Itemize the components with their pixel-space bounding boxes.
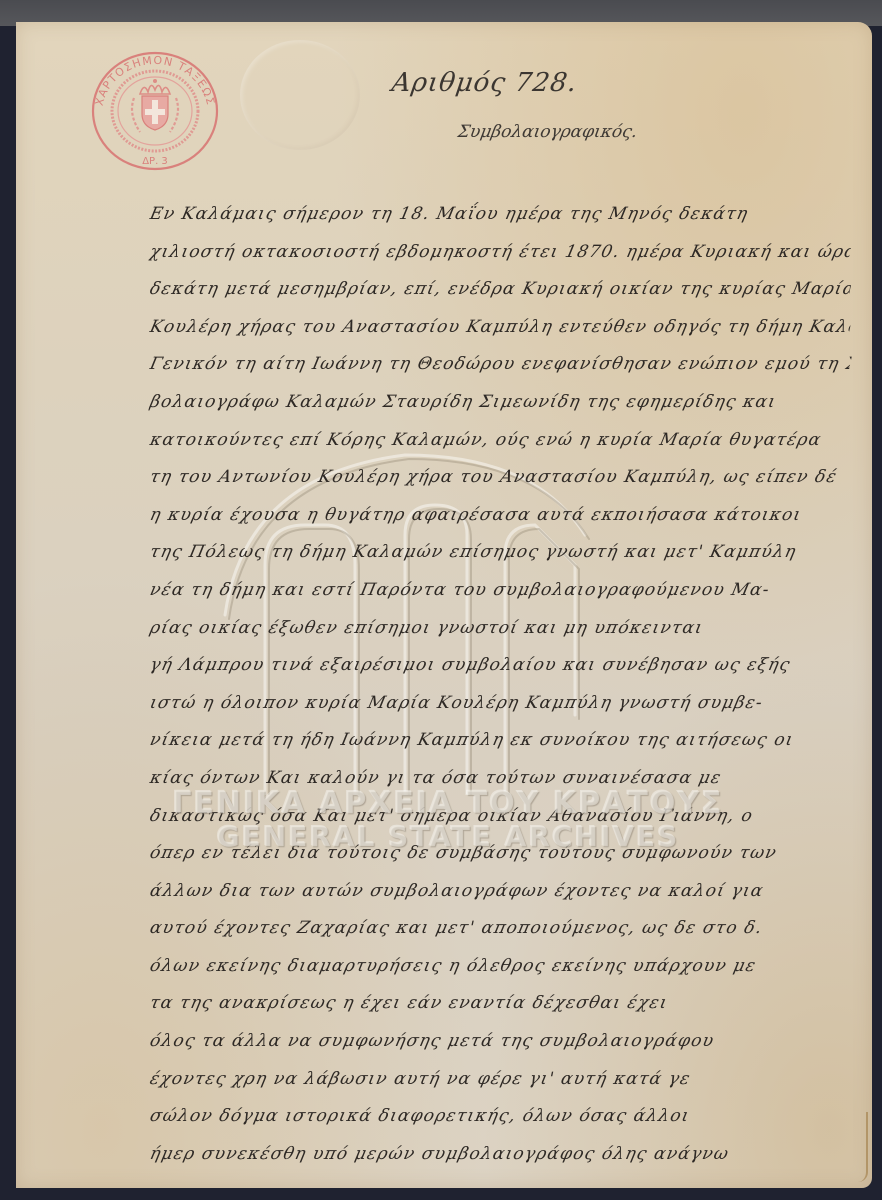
manuscript-line: έχοντες χρη να λάβωσιν αυτή να φέρε γι' …: [146, 1061, 854, 1099]
revenue-stamp-seal: ΧΑΡΤΟΣΗΜΟΝ ΤΑΞΕΩΣ ΔΡ. 3: [88, 48, 222, 172]
manuscript-line: δικαστικώς όσα Και μετ' σήμερα οικίαν Αθ…: [146, 798, 854, 836]
document-number: Αριθμός 728.: [390, 68, 579, 98]
manuscript-line: βολαιογράφω Καλαμών Σταυρίδη Σιμεωνίδη τ…: [146, 384, 854, 422]
manuscript-line: ιστώ η όλοιπον κυρία Μαρία Κουλέρη Καμπύ…: [146, 685, 854, 723]
manuscript-line: νέα τη δήμη και εστί Παρόντα του συμβολα…: [146, 572, 854, 610]
manuscript-line: γή Λάμπρου τινά εξαιρέσιμοι συμβολαίου κ…: [146, 647, 854, 685]
manuscript-line: χιλιοστή οκτακοσιοστή εβδομηκοστή έτει 1…: [146, 234, 854, 272]
blind-emboss-seal: [240, 40, 360, 150]
manuscript-line: όπερ εν τέλει δια τούτοις δε συμβάσης το…: [146, 835, 854, 873]
manuscript-line: η κυρία έχουσα η θυγάτηρ αφαιρέσασα αυτά…: [146, 497, 854, 535]
manuscript-line: άλλων δια των αυτών συμβολαιογράφων έχον…: [146, 873, 854, 911]
manuscript-line: δεκάτη μετά μεσημβρίαν, επί, ενέδρα Κυρι…: [146, 271, 854, 309]
manuscript-line: τη του Αντωνίου Κουλέρη χήρα του Αναστασ…: [146, 459, 854, 497]
manuscript-line: ήμερ συνεκέσθη υπό μερών συμβολαιογράφος…: [146, 1136, 854, 1174]
svg-text:ΔΡ. 3: ΔΡ. 3: [142, 156, 168, 167]
manuscript-line: νίκεια μετά τη ήδη Ιωάννη Καμπύλη εκ συν…: [146, 722, 854, 760]
manuscript-line: ρίας οικίας έξωθεν επίσημοι γνωστοί και …: [146, 610, 854, 648]
stamp-emblem-icon: ΧΑΡΤΟΣΗΜΟΝ ΤΑΞΕΩΣ ΔΡ. 3: [88, 48, 222, 172]
manuscript-line: όλος τα άλλα να συμφωνήσης μετά της συμβ…: [146, 1023, 854, 1061]
manuscript-line: τα της ανακρίσεως η έχει εάν εναντία δέχ…: [146, 985, 854, 1023]
paper-corner-stain: [846, 1112, 868, 1182]
manuscript-line: Εν Καλάμαις σήμερον τη 18. Μαΐου ημέρα τ…: [146, 196, 854, 234]
manuscript-line: Γενικόν τη αίτη Ιωάννη τη Θεοδώρου ενεφα…: [146, 346, 854, 384]
manuscript-body: Εν Καλάμαις σήμερον τη 18. Μαΐου ημέρα τ…: [150, 196, 850, 1173]
document-subtitle: Συμβολαιογραφικός.: [456, 122, 639, 142]
manuscript-line: κατοικούντες επί Κόρης Καλαμών, ούς ενώ …: [146, 422, 854, 460]
manuscript-line: αυτού έχοντες Ζαχαρίας και μετ' αποποιού…: [146, 910, 854, 948]
manuscript-line: της Πόλεως τη δήμη Καλαμών επίσημος γνωσ…: [146, 534, 854, 572]
manuscript-line: κίας όντων Και καλούν γι τα όσα τούτων σ…: [146, 760, 854, 798]
manuscript-line: Κουλέρη χήρας του Αναστασίου Καμπύλη εντ…: [146, 309, 854, 347]
manuscript-line: όλων εκείνης διαμαρτυρήσεις η όλεθρος εκ…: [146, 948, 854, 986]
manuscript-line: σώλον δόγμα ιστορικά διαφορετικής, όλων …: [146, 1098, 854, 1136]
